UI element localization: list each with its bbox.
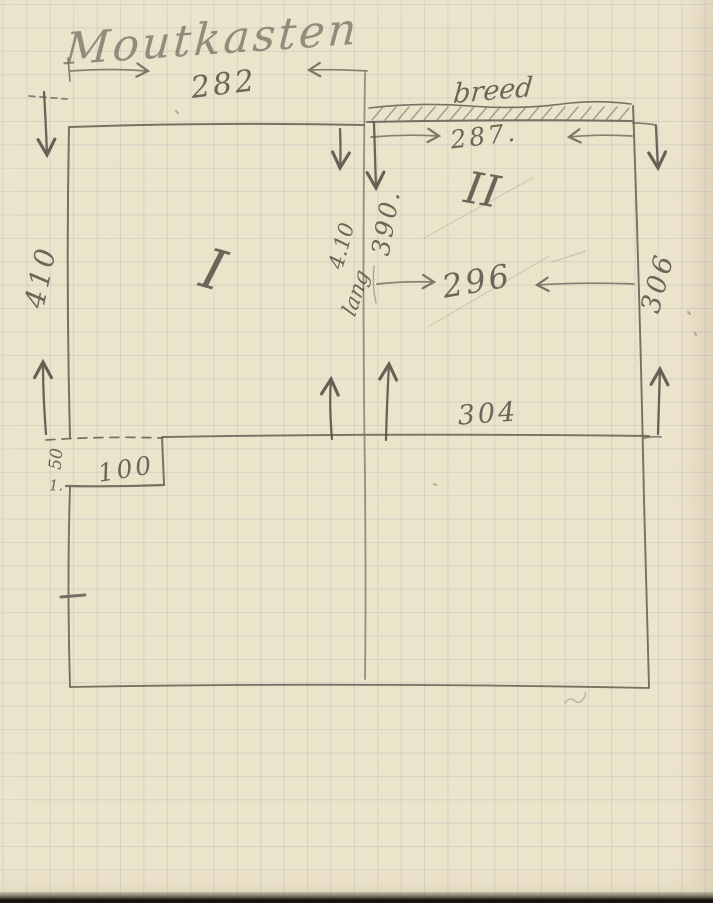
dim-287-label: 287. (449, 119, 519, 152)
faint-diagonal-3 (552, 251, 586, 262)
left-top-dashed-tick (29, 96, 67, 99)
scan-edge-shadow (0, 891, 713, 903)
notebook-page: Moutkasten 282 breed 287. II I 410 4.10 … (0, 0, 713, 903)
dim-304-label: 304 (457, 398, 519, 429)
room2-numeral: II (461, 166, 503, 215)
arrow-right-down (656, 126, 658, 168)
dim-282-label: 282 (189, 66, 258, 104)
mid-line-dashed (46, 437, 163, 440)
wall-left-lower (69, 486, 71, 687)
dim-50-label: 50 (48, 447, 67, 470)
dim-287-arrow-left (371, 135, 439, 137)
hatch-lines (372, 107, 629, 120)
wall-middle-vertical (364, 73, 366, 679)
step-mark-label: 1. (49, 479, 63, 494)
step-vertical (162, 437, 164, 484)
arrow-left-up (43, 362, 46, 434)
right-up-arrow-foot (644, 437, 661, 438)
arrow-room1-down (340, 129, 341, 168)
wall-left-upper (68, 127, 70, 438)
arrow-390-down (374, 123, 376, 188)
dim-282-arrow-right (309, 70, 367, 71)
left-wall-tick (61, 595, 85, 597)
wall-top-room1 (70, 124, 364, 127)
arrow-mid-up-1 (330, 379, 332, 439)
breed-annotation: breed (452, 74, 534, 108)
dim-296-arrow-right (537, 283, 634, 285)
wall-right (633, 106, 649, 687)
right-corner-dim-tick (633, 123, 656, 125)
arrow-right-up (658, 369, 660, 434)
paper-specks (176, 111, 696, 485)
arrow-left-down (44, 92, 47, 155)
dim-287-arrow-right (569, 135, 632, 137)
dim-296-arrow-left (377, 282, 434, 284)
arrow-mid-up-2 (386, 364, 389, 440)
sketch-linework (0, 0, 713, 903)
mid-line-solid (163, 435, 649, 437)
wall-bottom (70, 685, 649, 688)
dim-296-tick (373, 266, 376, 303)
bottom-scribble (565, 693, 585, 703)
